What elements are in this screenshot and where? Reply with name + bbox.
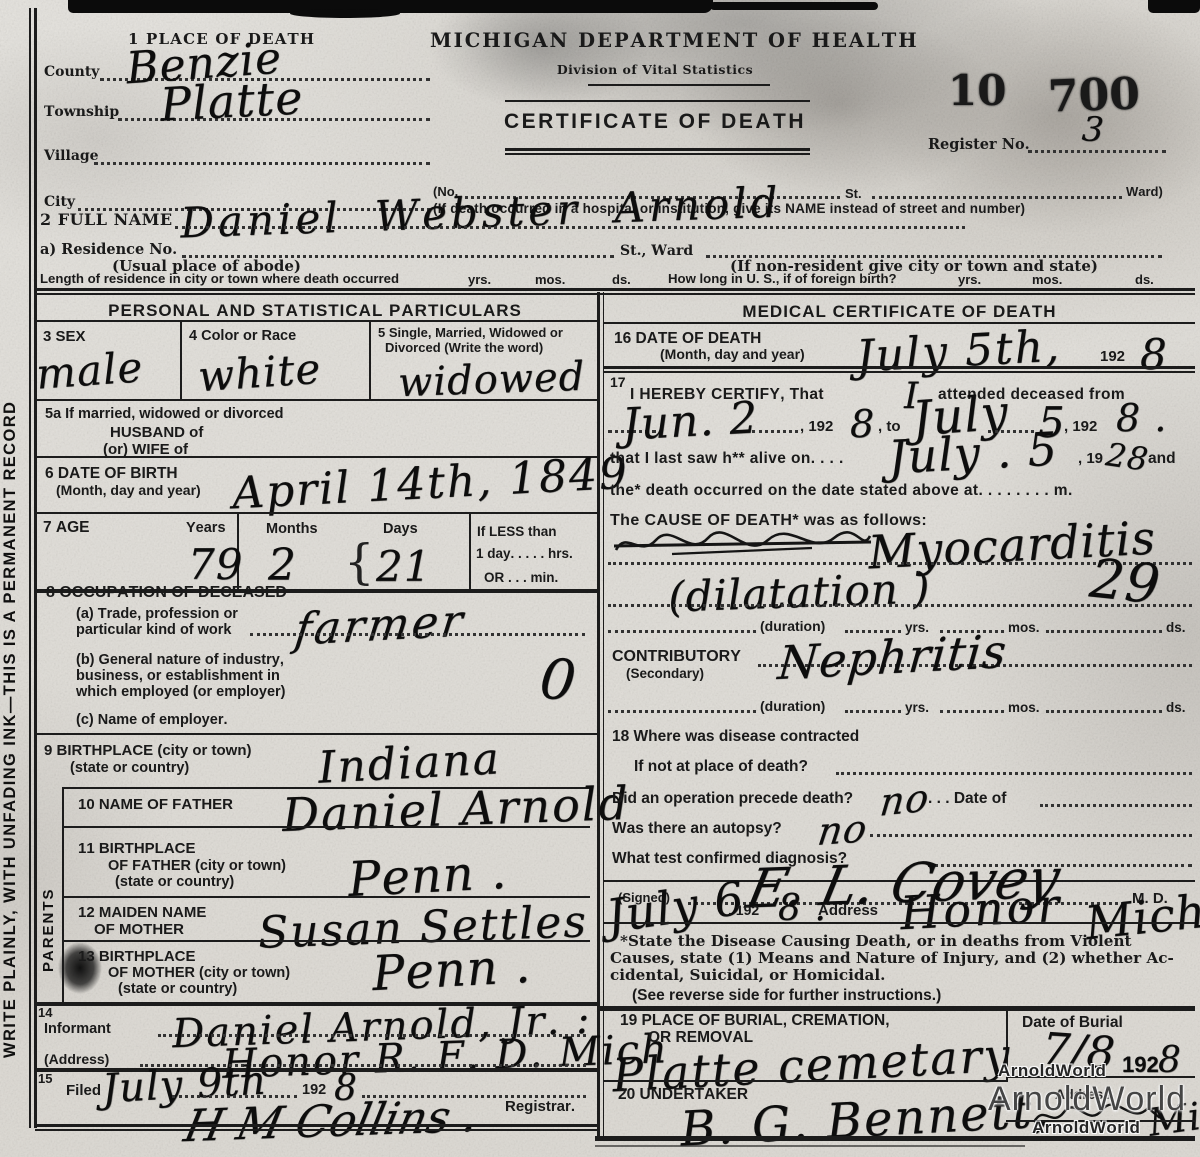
occupation-b-label3: which employed (or employer) (76, 684, 286, 700)
full-name-value: Daniel Webster Arnold (179, 178, 782, 248)
dob-value: April 14th, 1849 (231, 448, 630, 520)
age-days-header: Days (383, 521, 418, 537)
rule (34, 8, 37, 1128)
less-than-min: OR . . . min. (484, 570, 558, 585)
dotted-leader (1040, 804, 1192, 807)
street-ward-label: Ward) (1126, 184, 1163, 199)
certify-number: 17 (610, 374, 626, 390)
struck-out-handwriting (612, 524, 874, 566)
footnote-see-reverse: (See reverse side for further instructio… (632, 987, 941, 1005)
operation-answer-hw: no (878, 775, 932, 825)
village-label: Village (44, 148, 99, 164)
dotted-leader (608, 630, 756, 633)
race-value: white (196, 344, 322, 401)
race-label: 4 Color or Race (189, 328, 296, 344)
rule (604, 371, 1195, 373)
rule (29, 8, 31, 1128)
occupation-a-value: farmer (292, 595, 468, 655)
autopsy-answer-hw: no (815, 806, 870, 854)
date-of-death-value: July 5th, (855, 321, 1062, 383)
township-label: Township (44, 104, 119, 120)
medical-title: MEDICAL CERTIFICATE OF DEATH (607, 302, 1192, 322)
father-birthplace-label: 11 BIRTHPLACE (78, 840, 196, 857)
dotted-leader (1046, 630, 1162, 633)
dotted-leader (94, 162, 430, 165)
dotted-leader (872, 196, 1122, 199)
age-days-value: 21 (376, 542, 431, 591)
residence-label: a) Residence No. (40, 241, 177, 258)
rule (604, 922, 1195, 924)
certify-saw-hw: July . 5 (887, 422, 1059, 485)
full-name-label: 2 FULL NAME (40, 210, 173, 229)
less-than-hrs: 1 day. . . . . hrs. (476, 546, 573, 561)
rule (505, 148, 810, 151)
cause-value2: (dilatation ) (667, 563, 931, 621)
duration-ds: ds. (1166, 700, 1186, 715)
occupation-a-label: (a) Trade, profession or (76, 606, 238, 622)
footnote-line1: *State the Disease Causing Death, or in … (620, 932, 1132, 950)
rule (35, 399, 597, 401)
rule (62, 826, 590, 828)
rule (35, 512, 597, 514)
certify-28-hw: 28 (1104, 435, 1152, 479)
watermark-small-bottom: ArnoldWorld (1032, 1118, 1140, 1138)
rule (62, 896, 590, 898)
informant-label: Informant (44, 1021, 111, 1037)
township-value: Platte (159, 70, 305, 131)
contributory-value: Nephritis (776, 624, 1010, 690)
occupation-b-label2: business, or establishment in (76, 668, 280, 684)
dotted-leader (1028, 150, 1166, 153)
certify-year1-printed: , 192 (800, 418, 833, 435)
certify-19-printed: , 19 (1078, 450, 1103, 467)
father-birthplace-label3: (state or country) (115, 874, 234, 890)
age-months-header: Months (266, 521, 318, 537)
father-name-value: Daniel Arnold (281, 776, 631, 842)
occupation-b-value: 0 (537, 646, 580, 714)
date-of-death-sublabel: (Month, day and year) (660, 346, 805, 362)
dotted-leader (836, 772, 1192, 775)
duration-value-hw: 29 (1087, 546, 1164, 616)
autopsy-question: Was there an autopsy? (612, 820, 782, 838)
rule (604, 1080, 1006, 1082)
rule (35, 320, 597, 322)
dotted-leader (1046, 710, 1162, 713)
column-divider (597, 292, 600, 1140)
rule (35, 733, 597, 735)
duration-label: (duration) (760, 618, 825, 634)
rule (604, 322, 1195, 324)
mother-name-label: 12 MAIDEN NAME (78, 904, 206, 921)
signed-address-city-hw: Honor (899, 878, 1064, 940)
registrar-signature: H M Collins . (180, 1091, 483, 1153)
scan-artifact (290, 9, 400, 18)
husband-of-label: HUSBAND of (110, 424, 203, 441)
stamped-number: 10 (948, 66, 1006, 115)
burial-label: 19 PLACE OF BURIAL, CREMATION, (620, 1012, 890, 1030)
signed-date-printed: . 192 (728, 902, 759, 918)
dotted-leader (870, 834, 1192, 837)
yrs-label: yrs. (468, 272, 491, 287)
mother-birthplace-label: 13 BIRTHPLACE (78, 948, 196, 965)
rule (35, 1129, 597, 1131)
not-at-place-label: If not at place of death? (634, 758, 808, 776)
operation-date-label: . . . Date of (928, 790, 1006, 808)
register-no-value: 3 (1081, 109, 1106, 150)
marital-label2: Divorced (Write the word) (385, 340, 543, 355)
mother-birthplace-label3: (state or country) (118, 981, 237, 997)
duration-label: (duration) (760, 698, 825, 714)
rule (35, 288, 1195, 291)
registrar-label: Registrar. (505, 1098, 575, 1115)
dob-label: 6 DATE OF BIRTH (45, 465, 178, 483)
rule (35, 1124, 597, 1127)
certify-year2-printed: , 192 (1064, 418, 1097, 435)
column-divider (603, 292, 605, 1140)
burial-date-year-printed: 192 (1122, 1052, 1159, 1078)
watermark-small-top: ArnoldWorld (998, 1061, 1106, 1081)
footnote-line2: Causes, state (1) Means and Nature of In… (610, 949, 1174, 967)
margin-note: WRITE PLAINLY, WITH UNFADING INK—THIS IS… (1, 148, 20, 1058)
certify-and: and (1148, 450, 1176, 468)
dotted-leader (845, 710, 901, 713)
informant-address-label: (Address) (44, 1051, 109, 1067)
signed-address-label: Address (818, 902, 878, 919)
certify-from-hw: Jun. 2 (621, 392, 760, 450)
city-label: City (44, 194, 75, 210)
certificate-title: CERTIFICATE OF DEATH (460, 110, 850, 134)
rule (469, 512, 471, 590)
duration-yrs: yrs. (905, 700, 929, 715)
parents-label: PARENTS (40, 812, 57, 972)
personal-title: PERSONAL AND STATISTICAL PARTICULARS (50, 301, 580, 321)
brace-divider: { (344, 534, 375, 590)
duration-mos: mos. (1008, 620, 1040, 635)
occupation-b-label: (b) General nature of industry, (76, 652, 284, 668)
register-no-label: Register No. (928, 136, 1030, 153)
watermark-main: ArnoldWorld (988, 1080, 1186, 1119)
rule (598, 1006, 1195, 1011)
st-ward-label: St., Ward (620, 243, 693, 259)
sex-value: male (34, 342, 144, 398)
father-birthplace-value: Penn . (347, 844, 509, 908)
dotted-leader (608, 710, 756, 713)
father-name-label: 10 NAME OF FATHER (78, 796, 233, 813)
age-years-value: 79 (188, 540, 243, 589)
rule (35, 293, 1195, 295)
operation-question: Did an operation precede death? (612, 790, 853, 808)
occupation-c-label: (c) Name of employer. (76, 712, 228, 728)
duration-mos: mos. (1008, 700, 1040, 715)
age-label: 7 AGE (43, 519, 90, 537)
dotted-leader (175, 226, 965, 229)
howlong-label: How long in U. S., if of foreign birth? (668, 271, 897, 286)
mos-label: mos. (535, 272, 565, 287)
age-years-header: Years (186, 520, 226, 536)
rule (604, 366, 1195, 369)
department-title: MICHIGAN DEPARTMENT OF HEALTH (430, 29, 900, 52)
length-residence-label: Length of residence in city or town wher… (40, 271, 399, 286)
dotted-leader (752, 430, 798, 433)
street-st-label: St. (845, 186, 862, 201)
less-than-label: If LESS than (477, 524, 557, 539)
occupation-a-label2: particular kind of work (76, 622, 232, 638)
sex-label: 3 SEX (43, 328, 86, 345)
occupation-title: 8 OCCUPATION OF DECEASED (46, 584, 287, 602)
certify-year1-hw: 8 (850, 402, 875, 446)
rule (369, 322, 371, 399)
dotted-leader (250, 633, 585, 636)
dod-year-printed: 192 (1100, 348, 1125, 365)
marital-label: 5 Single, Married, Widowed or (378, 325, 563, 340)
county-label: County (44, 64, 99, 80)
filed-label: Filed (66, 1082, 101, 1099)
footnote-line3: cidental, Suicidal, or Homicidal. (610, 966, 885, 984)
father-birthplace-label2: OF FATHER (city or town) (108, 858, 286, 874)
informant-number: 14 (38, 1005, 52, 1020)
dob-sublabel: (Month, day and year) (56, 482, 201, 498)
ds-label: ds. (1135, 272, 1154, 287)
rule (588, 84, 770, 86)
birthplace-sublabel: (state or country) (70, 760, 189, 776)
secondary-label: (Secondary) (626, 666, 704, 681)
disease-contracted-label: 18 Where was disease contracted (612, 728, 859, 746)
certify-line3: the* death occurred on the date stated a… (610, 482, 1073, 500)
contributory-label: CONTRIBUTORY (612, 648, 741, 666)
division-subtitle: Division of Vital Statistics (500, 62, 810, 77)
certify-year2-hw: 8 . (1116, 396, 1167, 440)
rule (505, 100, 810, 102)
mother-name-label2: OF MOTHER (94, 921, 184, 938)
rule (505, 153, 810, 155)
scan-artifact (1148, 0, 1200, 13)
burial-date-year-hw: 8 (1158, 1040, 1182, 1081)
mother-birthplace-label2: OF MOTHER (city or town) (108, 965, 290, 981)
rule (595, 1145, 1025, 1147)
duration-ds: ds. (1166, 620, 1186, 635)
yrs-label: yrs. (958, 272, 981, 287)
s5a-label: 5a If married, widowed or divorced (45, 406, 284, 422)
birthplace-label: 9 BIRTHPLACE (city or town) (44, 742, 252, 759)
filed-number: 15 (38, 1071, 52, 1086)
dotted-leader (940, 710, 1004, 713)
rule (180, 322, 182, 399)
certify-line2: that I last saw h** alive on. . . . (610, 450, 844, 468)
scan-artifact (710, 2, 878, 10)
mother-birthplace-value: Penn . (371, 938, 533, 1002)
mos-label: mos. (1032, 272, 1062, 287)
ds-label: ds. (612, 272, 631, 287)
death-certificate-scan: WRITE PLAINLY, WITH UNFADING INK—THIS IS… (0, 0, 1200, 1157)
